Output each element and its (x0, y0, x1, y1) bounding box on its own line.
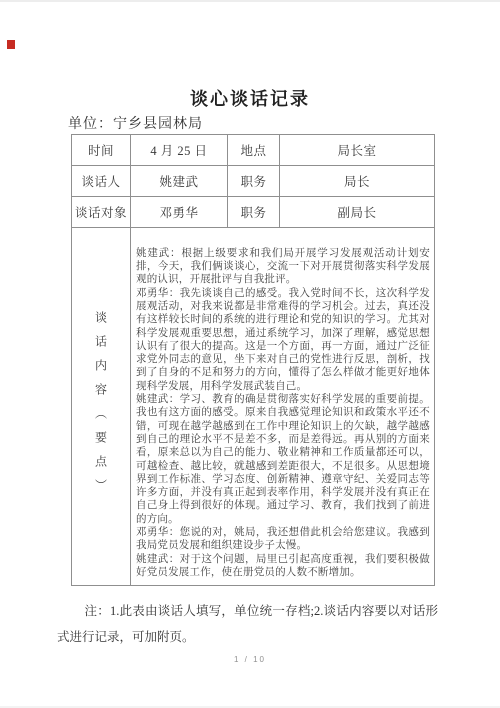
place-value: 局长室 (280, 135, 435, 166)
record-table: 时间 4 月 25 日 地点 局长室 谈话人 姚建武 职务 局长 谈话对象 邓勇… (71, 134, 435, 586)
target-label: 谈话对象 (72, 197, 131, 228)
content-cell: 姚建武：根据上级要求和我们局开展学习发展观活动计划安排，今天，我们俩谈谈心，交流… (131, 228, 435, 586)
table-row-time: 时间 4 月 25 日 地点 局长室 (72, 135, 435, 166)
content-vertical-label: 谈话内容（要点） (93, 311, 110, 503)
content-label-wrap: 谈话内容（要点） (72, 229, 130, 585)
talker-duty-value: 局长 (280, 166, 435, 197)
dialogue-paragraph: 邓勇华：您说的对，姚局，我还想借此机会给您建议。我感到我局党员发展和组织建设步子… (136, 526, 430, 553)
talker-label: 谈话人 (72, 166, 131, 197)
dialogue-paragraph: 姚建武：学习、教育的确是贯彻落实好科学发展的重要前提。我也有这方面的感受。原来自… (136, 393, 430, 526)
talker-duty-label: 职务 (228, 166, 280, 197)
page-number: 1 / 10 (0, 655, 500, 664)
place-label: 地点 (228, 135, 280, 166)
table-row-content: 谈话内容（要点） 姚建武：根据上级要求和我们局开展学习发展观活动计划安排，今天，… (72, 228, 435, 586)
dialogue-paragraph: 姚建武：根据上级要求和我们局开展学习发展观活动计划安排，今天，我们俩谈谈心，交流… (136, 247, 430, 287)
target-duty-label: 职务 (228, 197, 280, 228)
dialogue-paragraph: 姚建武：对于这个问题，局里已引起高度重视，我们要积极做好党员发展工作，使在册党员… (136, 553, 430, 580)
time-label: 时间 (72, 135, 131, 166)
document-title: 谈心谈话记录 (0, 85, 500, 111)
red-corner-mark (7, 40, 15, 49)
dialogue-paragraph: 邓勇华：我先谈谈自己的感受。我入党时间不长，这次科学发展观活动，对我来说都是非常… (136, 287, 430, 393)
table-row-talker: 谈话人 姚建武 职务 局长 (72, 166, 435, 197)
talker-value: 姚建武 (131, 166, 228, 197)
time-value: 4 月 25 日 (131, 135, 228, 166)
target-value: 邓勇华 (131, 197, 228, 228)
target-duty-value: 副局长 (280, 197, 435, 228)
content-label-cell: 谈话内容（要点） (72, 228, 131, 586)
footnote: 注：1.此表由谈话人填写，单位统一存档;2.谈话内容要以对话形式进行记录，可加附… (57, 599, 438, 650)
unit-line: 单位：宁乡县园林局 (68, 113, 203, 133)
table-row-target: 谈话对象 邓勇华 职务 副局长 (72, 197, 435, 228)
document-page: 谈心谈话记录 单位：宁乡县园林局 时间 4 月 25 日 地点 局长室 谈话人 … (0, 0, 500, 708)
